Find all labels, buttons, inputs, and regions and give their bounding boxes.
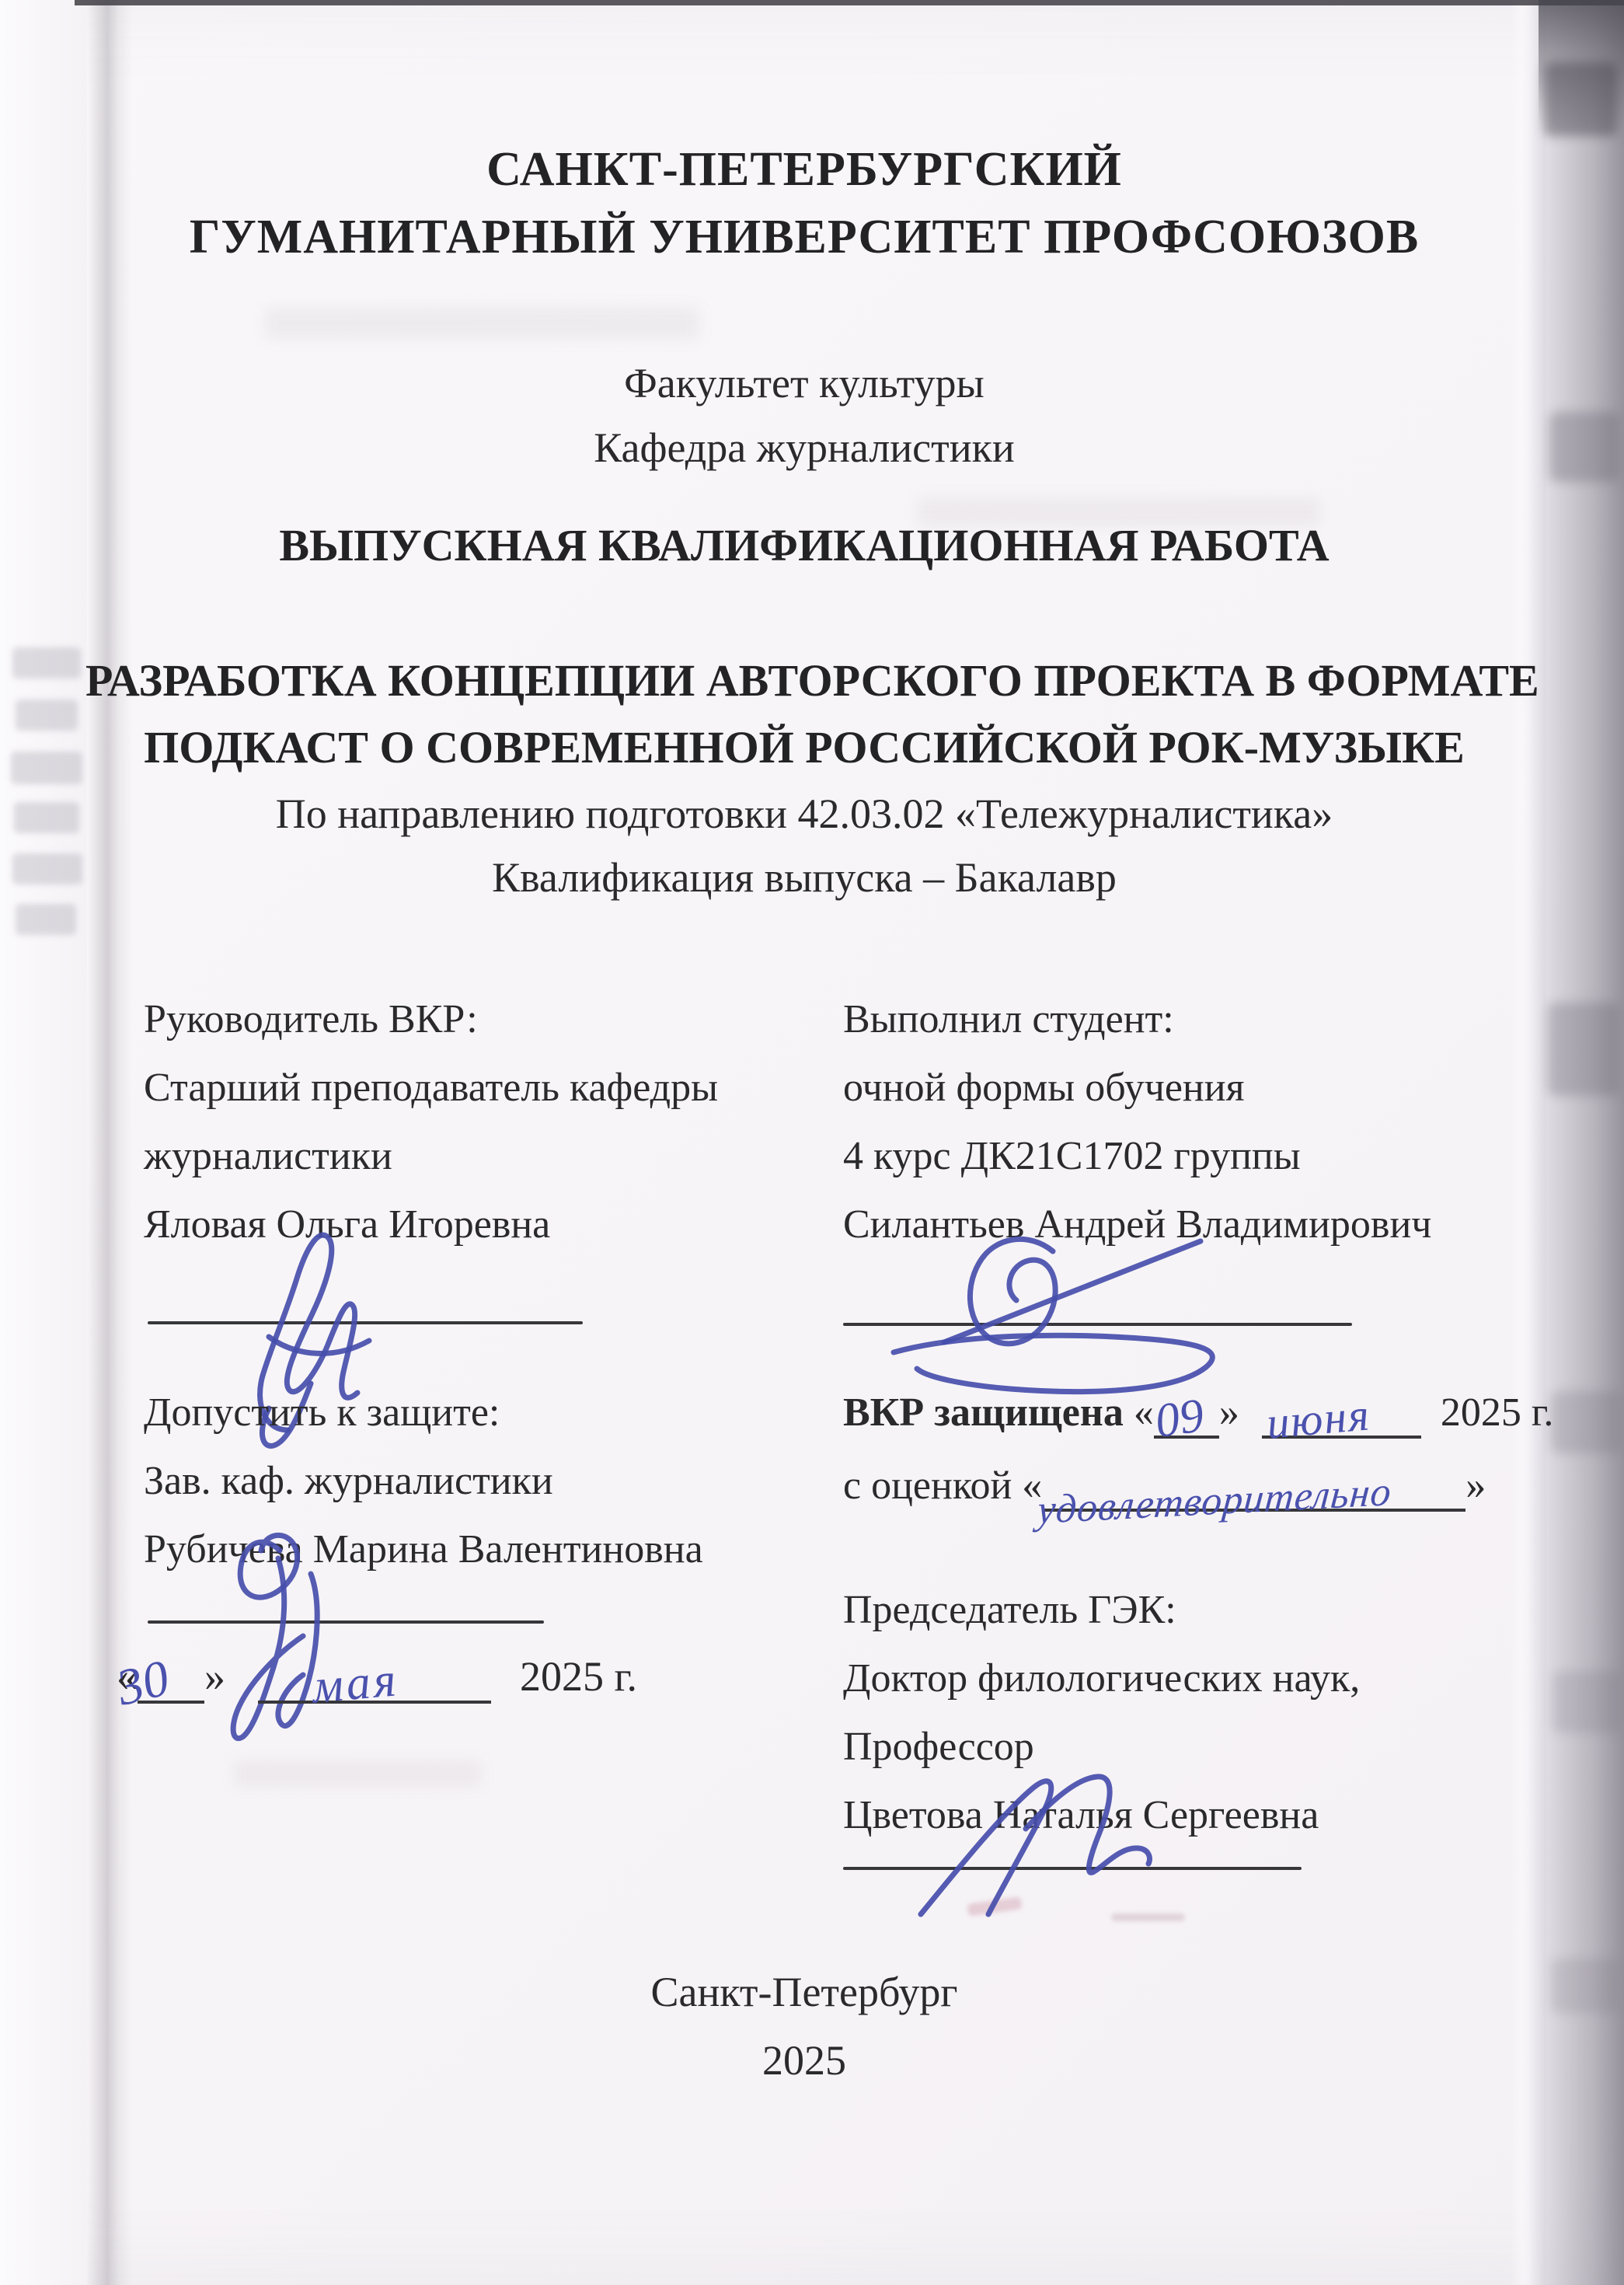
chairman-signature (901, 1755, 1181, 1941)
work-type-heading: ВЫПУСКНАЯ КВАЛИФИКАЦИОННАЯ РАБОТА (85, 519, 1523, 571)
scanned-title-page: САНКТ-ПЕТЕРБУРГСКИЙ ГУМАНИТАРНЫЙ УНИВЕРС… (0, 0, 1624, 2285)
defense-quote-close: » (1219, 1390, 1239, 1435)
admission-position: Зав. каф. журналистики (144, 1458, 553, 1504)
bleed-through-artifact (14, 802, 79, 833)
thesis-title-line1: РАЗРАБОТКА КОНЦЕПЦИИ АВТОРСКОГО ПРОЕКТА … (85, 654, 1523, 706)
defense-quote-open: « (1134, 1390, 1154, 1435)
university-name-line1: САНКТ-ПЕТЕРБУРГСКИЙ (85, 142, 1523, 197)
bleed-through-artifact (12, 853, 82, 884)
qualification-line: Квалификация выпуска – Бакалавр (85, 853, 1523, 902)
admission-quote-close: » (204, 1653, 225, 1700)
band-smudge (1551, 1391, 1621, 1453)
band-smudge (1553, 1671, 1621, 1733)
admission-month-handwritten: мая (310, 1652, 401, 1715)
admission-date-year: 2025 г. (520, 1653, 637, 1700)
admission-label: Допустить к защите: (144, 1390, 500, 1436)
student-course-group: 4 курс ДК21С1702 группы (843, 1133, 1301, 1179)
grade-blank: .удовлетворительно (1042, 1463, 1465, 1512)
bleed-through-artifact (16, 699, 78, 731)
bleed-through-artifact (264, 307, 699, 340)
bleed-through-artifact (11, 752, 82, 784)
advisor-position-line1: Старший преподаватель кафедры (144, 1065, 718, 1111)
year-line: 2025 (85, 2036, 1523, 2084)
defense-date-year: 2025 г. (1441, 1390, 1553, 1435)
city-line: Санкт-Петербург (85, 1968, 1523, 2016)
university-name-line2: ГУМАНИТАРНЫЙ УНИВЕРСИТЕТ ПРОФСОЮЗОВ (85, 210, 1523, 265)
chairman-degree: Доктор филологических наук, (843, 1655, 1360, 1701)
left-page-sliver (0, 0, 87, 2285)
defense-month-blank: ..июня (1262, 1390, 1421, 1439)
bleed-through-artifact (12, 647, 81, 679)
advisor-label: Руководитель ВКР: (144, 996, 478, 1042)
scan-top-edge (75, 0, 1624, 5)
page-fold-shadow (87, 0, 132, 2285)
faculty-line: Факультет культуры (85, 359, 1523, 407)
band-smudge (1549, 412, 1619, 482)
grade-prefix: с оценкой « (843, 1463, 1042, 1508)
department-line: Кафедра журналистики (85, 424, 1523, 472)
thesis-title-line2: ПОДКАСТ О СОВРЕМЕННОЙ РОССИЙСКОЙ РОК-МУЗ… (85, 721, 1523, 773)
bleed-through-artifact (233, 1760, 482, 1787)
band-smudge (1544, 62, 1618, 136)
defense-date-line: ВКР защищена «0009» ..июня 2025 г. (843, 1390, 1553, 1439)
student-study-form: очной формы обучения (843, 1065, 1245, 1111)
defense-day-blank: 0009 (1154, 1390, 1219, 1439)
defense-label: ВКР защищена (843, 1390, 1124, 1435)
binding-shadow-band (1521, 0, 1624, 2285)
admission-day-blank: 0030 (138, 1652, 204, 1704)
defense-month-handwritten: июня (1264, 1388, 1372, 1449)
student-label: Выполнил студент: (843, 996, 1174, 1042)
admission-date-line: «0030» ..мая 2025 г. (117, 1652, 637, 1704)
grade-handwritten: удовлетворительно (1036, 1469, 1394, 1533)
program-line: По направлению подготовки 42.03.02 «Теле… (85, 790, 1523, 838)
bleed-through-artifact (16, 904, 76, 935)
defense-grade-line: с оценкой «.удовлетворительно» (843, 1463, 1486, 1512)
student-signature (870, 1216, 1305, 1411)
defense-day-handwritten: 09 (1152, 1388, 1207, 1449)
band-smudge (1548, 1003, 1619, 1096)
chairman-label: Председатель ГЭК: (843, 1587, 1176, 1633)
advisor-position-line2: журналистики (144, 1133, 392, 1179)
admission-month-blank: ..мая (258, 1652, 491, 1704)
band-smudge (1551, 1959, 1619, 2013)
grade-suffix: » (1465, 1463, 1486, 1508)
admission-signature (186, 1504, 389, 1760)
